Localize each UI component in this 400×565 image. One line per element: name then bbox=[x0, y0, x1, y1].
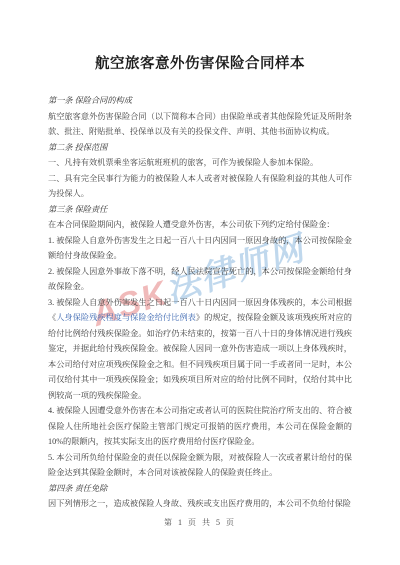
paragraph: 4. 被保险人因遭受意外伤害在本公司指定或者认可的医院住院治疗所支出的、符合被保… bbox=[48, 403, 352, 450]
text-run: 航空旅客意外伤害保险合同（以下简称本合同）由保险单或者其他保险凭证及所附条款、批… bbox=[48, 112, 352, 137]
paragraph: 5. 本公司所负给付保险金的责任以保险金额为限，对被保险人一次或者累计给付的保险… bbox=[48, 450, 352, 481]
paragraph: 二、具有完全民事行为能力的被保险人本人或者对被保险人有保险利益的其他人可作为投保… bbox=[48, 171, 352, 202]
text-run: 在本合同保险期间内，被保险人遭受意外伤害，本公司依下列约定给付保险金： bbox=[48, 220, 335, 229]
document-page: ASK法律师网 航空旅客意外伤害保险合同样本 第一条 保险合同的构成航空旅客意外… bbox=[0, 0, 400, 565]
text-run: 第四条 责任免除 bbox=[48, 484, 107, 493]
paragraph: 3. 被保险人自意外伤害发生之日起一百八十日内因同一原因身体残疾的，本公司根据《… bbox=[48, 295, 352, 404]
text-run: 1. 被保险人自意外伤害发生之日起一百八十日内因同一原因身故的，本公司按保险金额… bbox=[48, 236, 352, 261]
paragraph: 航空旅客意外伤害保险合同（以下简称本合同）由保险单或者其他保险凭证及所附条款、批… bbox=[48, 109, 352, 140]
section-heading: 第一条 保险合同的构成 bbox=[48, 93, 352, 109]
page-title: 航空旅客意外伤害保险合同样本 bbox=[0, 52, 400, 73]
text-run: 第三条 保险责任 bbox=[48, 205, 107, 214]
text-run: 因下列情形之一，造成被保险人身故、残疾或支出医疗费用的，本公司不负给付保险 bbox=[48, 499, 351, 508]
text-run: 一、凡持有效机票乘坐客运航班班机的旅客，可作为被保险人参加本保险。 bbox=[48, 158, 318, 167]
paragraph: 2. 被保险人因意外事故下落不明，经人民法院宣告死亡的，本公司按保险金额给付身故… bbox=[48, 264, 352, 295]
text-run: 5. 本公司所负给付保险金的责任以保险金额为限，对被保险人一次或者累计给付的保险… bbox=[48, 453, 352, 478]
benefit-table-link[interactable]: 人身保险残疾程度与保险金给付比例表 bbox=[56, 313, 196, 322]
text-run: 4. 被保险人因遭受意外伤害在本公司指定或者认可的医院住院治疗所支出的、符合被保… bbox=[48, 406, 352, 446]
paragraph: 一、凡持有效机票乘坐客运航班班机的旅客，可作为被保险人参加本保险。 bbox=[48, 155, 352, 171]
paragraph: 在本合同保险期间内，被保险人遭受意外伤害，本公司依下列约定给付保险金： bbox=[48, 217, 352, 233]
page-number: 第 1 页 共 5 页 bbox=[0, 517, 400, 528]
text-run: 第二条 投保范围 bbox=[48, 143, 107, 152]
section-heading: 第四条 责任免除 bbox=[48, 481, 352, 497]
text-run: 2. 被保险人因意外事故下落不明，经人民法院宣告死亡的，本公司按保险金额给付身故… bbox=[48, 267, 352, 292]
text-run: 》的规定，按保险金额及该项残疾所对应的给付比例给付残疾保险金。如治疗仍未结束的，… bbox=[48, 313, 352, 400]
text-run: 二、具有完全民事行为能力的被保险人本人或者对被保险人有保险利益的其他人可作为投保… bbox=[48, 174, 352, 199]
document-body: 第一条 保险合同的构成航空旅客意外伤害保险合同（以下简称本合同）由保险单或者其他… bbox=[48, 93, 352, 512]
paragraph: 1. 被保险人自意外伤害发生之日起一百八十日内因同一原因身故的，本公司按保险金额… bbox=[48, 233, 352, 264]
section-heading: 第二条 投保范围 bbox=[48, 140, 352, 156]
text-run: 第一条 保险合同的构成 bbox=[48, 96, 132, 105]
paragraph: 因下列情形之一，造成被保险人身故、残疾或支出医疗费用的，本公司不负给付保险 bbox=[48, 496, 352, 512]
section-heading: 第三条 保险责任 bbox=[48, 202, 352, 218]
